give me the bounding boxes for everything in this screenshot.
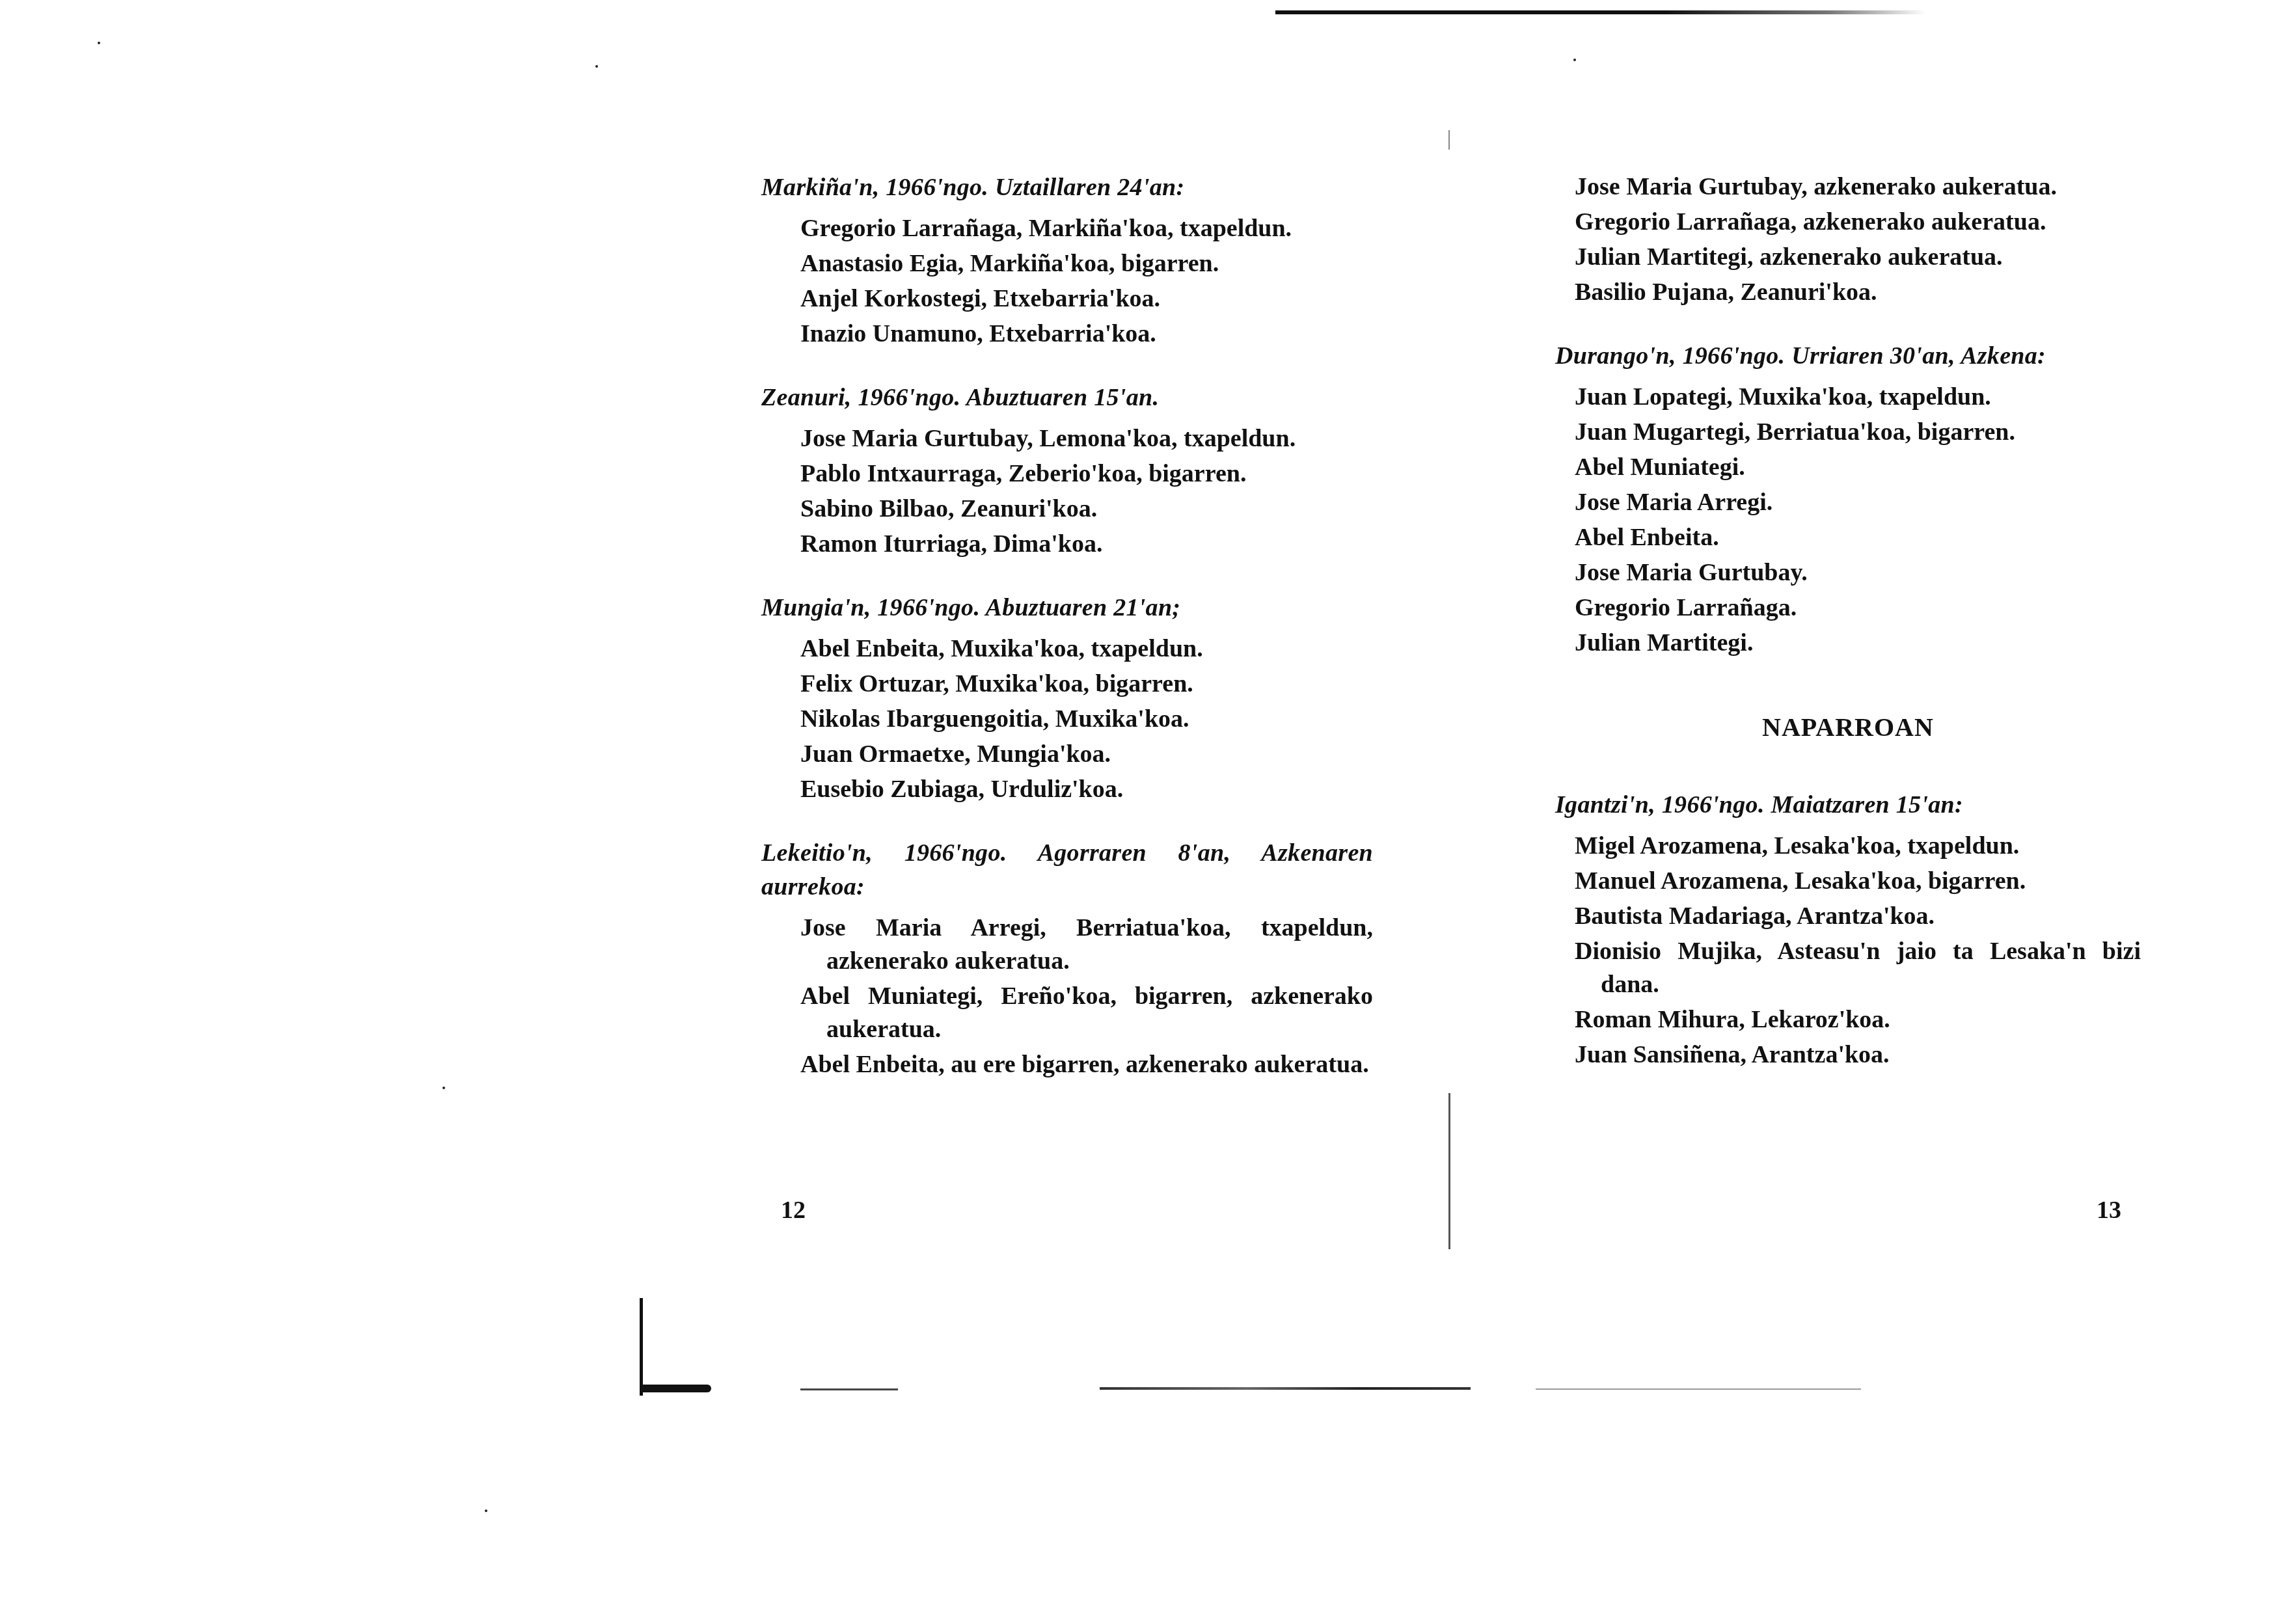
contestant-entry: Abel Enbeita.: [1555, 521, 2141, 554]
contest-section: Zeanuri, 1966'ngo. Abuztuaren 15'an. Jos…: [761, 381, 1373, 561]
contestant-entry: Anastasio Egia, Markiña'koa, bigarren.: [781, 247, 1373, 280]
contestant-entry: Gregorio Larrañaga, Markiña'koa, txapeld…: [781, 212, 1373, 245]
contestant-entry: Pablo Intxaurraga, Zeberio'koa, bigarren…: [781, 457, 1373, 491]
contestant-entry: Ramon Iturriaga, Dima'koa.: [781, 528, 1373, 561]
contestant-entry: Sabino Bilbao, Zeanuri'koa.: [781, 493, 1373, 526]
contest-section: Markiña'n, 1966'ngo. Uztaillaren 24'an: …: [761, 170, 1373, 351]
book-gutter-mark: [1448, 1093, 1450, 1249]
contestant-entry: Manuel Arozamena, Lesaka'koa, bigarren.: [1555, 865, 2141, 898]
contest-heading: Lekeitio'n, 1966'ngo. Agorraren 8'an, Az…: [761, 836, 1373, 904]
scan-speck: [98, 42, 100, 44]
scan-speck: [485, 1509, 487, 1512]
contestant-entry: Dionisio Mujika, Asteasu'n jaio ta Lesak…: [1555, 935, 2141, 1001]
contest-heading: Durango'n, 1966'ngo. Urriaren 30'an, Azk…: [1555, 339, 2141, 373]
contestant-entry: Anjel Korkostegi, Etxebarria'koa.: [781, 282, 1373, 316]
contestant-entry: Jose Maria Gurtubay.: [1555, 556, 2141, 589]
contestant-entry: Jose Maria Gurtubay, Lemona'koa, txapeld…: [781, 422, 1373, 455]
contestant-entry: Juan Mugartegi, Berriatua'koa, bigarren.: [1555, 416, 2141, 449]
contestant-entry: Bautista Madariaga, Arantza'koa.: [1555, 900, 2141, 933]
contestant-entry: Jose Maria Gurtubay, azkenerako aukeratu…: [1555, 170, 2141, 204]
contestant-entry: Jose Maria Arregi, Berriatua'koa, txapel…: [781, 912, 1373, 978]
contest-section: Durango'n, 1966'ngo. Urriaren 30'an, Azk…: [1555, 339, 2141, 660]
contest-heading: Zeanuri, 1966'ngo. Abuztuaren 15'an.: [761, 381, 1373, 414]
left-page: Markiña'n, 1966'ngo. Uztaillaren 24'an: …: [761, 0, 1373, 1624]
scan-speck: [442, 1087, 445, 1089]
scan-corner-blot: [640, 1385, 711, 1392]
page-number: 12: [781, 1196, 806, 1225]
page-number: 13: [2097, 1196, 2121, 1225]
continued-section: Jose Maria Gurtubay, azkenerako aukeratu…: [1555, 170, 2141, 309]
right-page: Jose Maria Gurtubay, azkenerako aukeratu…: [1555, 0, 2141, 1624]
contest-section: Lekeitio'n, 1966'ngo. Agorraren 8'an, Az…: [761, 836, 1373, 1081]
contestant-entry: Abel Enbeita, au ere bigarren, azkenerak…: [781, 1048, 1373, 1081]
contestant-entry: Juan Sansiñena, Arantza'koa.: [1555, 1038, 2141, 1072]
contestant-entry: Abel Muniategi, Ereño'koa, bigarren, azk…: [781, 980, 1373, 1046]
book-gutter-mark: [1448, 130, 1450, 150]
contest-section: Igantzi'n, 1966'ngo. Maiatzaren 15'an: M…: [1555, 788, 2141, 1072]
contestant-entry: Julian Martitegi, azkenerako aukeratua.: [1555, 241, 2141, 274]
region-title: NAPARROAN: [1555, 712, 2141, 742]
contestant-entry: Gregorio Larrañaga.: [1555, 591, 2141, 625]
contestant-entry: Gregorio Larrañaga, azkenerako aukeratua…: [1555, 206, 2141, 239]
contestant-entry: Felix Ortuzar, Muxika'koa, bigarren.: [781, 668, 1373, 701]
scan-edge-left: [640, 1298, 643, 1396]
contestant-entry: Juan Ormaetxe, Mungia'koa.: [781, 738, 1373, 771]
contest-heading: Markiña'n, 1966'ngo. Uztaillaren 24'an:: [761, 170, 1373, 204]
contestant-entry: Inazio Unamuno, Etxebarria'koa.: [781, 318, 1373, 351]
scan-speck: [595, 65, 598, 68]
contestant-entry: Juan Lopategi, Muxika'koa, txapeldun.: [1555, 381, 2141, 414]
contestant-entry: Eusebio Zubiaga, Urduliz'koa.: [781, 773, 1373, 806]
contestant-entry: Jose Maria Arregi.: [1555, 486, 2141, 519]
contestant-entry: Migel Arozamena, Lesaka'koa, txapeldun.: [1555, 830, 2141, 863]
right-page-content: Jose Maria Gurtubay, azkenerako aukeratu…: [1555, 170, 2141, 1102]
contestant-entry: Abel Enbeita, Muxika'koa, txapeldun.: [781, 632, 1373, 666]
contest-heading: Mungia'n, 1966'ngo. Abuztuaren 21'an;: [761, 591, 1373, 625]
contest-heading: Igantzi'n, 1966'ngo. Maiatzaren 15'an:: [1555, 788, 2141, 822]
contest-section: Mungia'n, 1966'ngo. Abuztuaren 21'an; Ab…: [761, 591, 1373, 806]
contestant-entry: Julian Martitegi.: [1555, 627, 2141, 660]
left-page-content: Markiña'n, 1966'ngo. Uztaillaren 24'an: …: [761, 170, 1373, 1111]
contestant-entry: Basilio Pujana, Zeanuri'koa.: [1555, 276, 2141, 309]
contestant-entry: Nikolas Ibarguengoitia, Muxika'koa.: [781, 703, 1373, 736]
contestant-entry: Roman Mihura, Lekaroz'koa.: [1555, 1003, 2141, 1036]
contestant-entry: Abel Muniategi.: [1555, 451, 2141, 484]
